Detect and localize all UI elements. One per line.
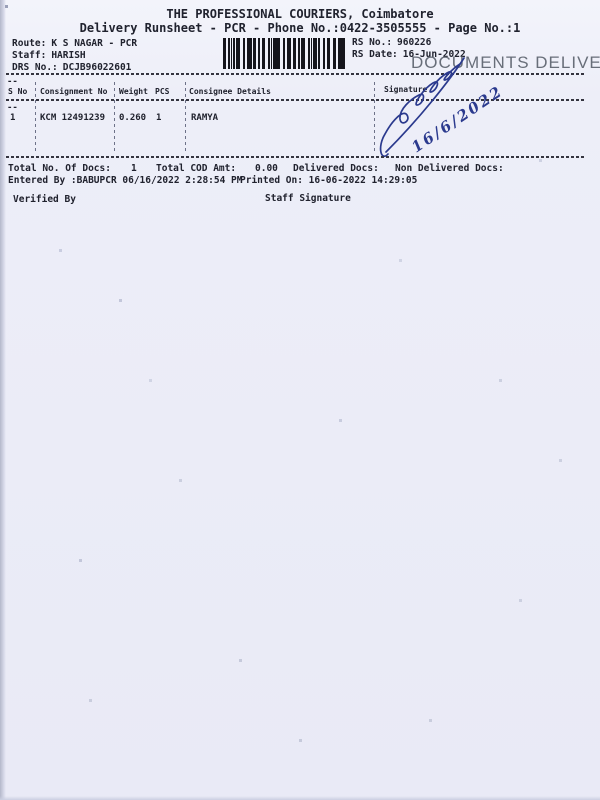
rs-no-line: RS No.: 960226 <box>352 37 466 49</box>
barcode-icon <box>223 38 345 69</box>
non-delivered-docs-label: Non Delivered Docs: <box>395 163 504 174</box>
doc-title: THE PROFESSIONAL COURIERS, Coimbatore <box>0 8 600 22</box>
scan-edge-bottom <box>0 796 600 800</box>
total-cod-label: Total COD Amt: <box>156 163 236 174</box>
col-header-sno: S No <box>8 87 27 96</box>
handwritten-signature: 16/6/2022 <box>378 50 518 168</box>
column-separator <box>35 82 36 154</box>
staff-value: HARISH <box>51 50 85 62</box>
route-value: K S NAGAR - PCR <box>51 38 137 50</box>
scan-speckles <box>0 0 1 1</box>
cell-consignment-no: KCM 12491239 <box>40 113 105 123</box>
staff-signature-label: Staff Signature <box>265 193 351 204</box>
cell-weight: 0.260 <box>119 113 146 123</box>
col-header-pcs: PCS <box>155 87 169 96</box>
column-separator <box>185 82 186 154</box>
col-header-consignment-no: Consignment No <box>40 87 107 96</box>
route-line: Route: K S NAGAR - PCR <box>12 38 137 50</box>
cell-pcs: 1 <box>156 113 161 123</box>
doc-subtitle: Delivery Runsheet - PCR - Phone No.:0422… <box>0 22 600 36</box>
header-info-left: Route: K S NAGAR - PCR Staff: HARISH DRS… <box>12 38 137 74</box>
staff-label: Staff: <box>12 50 46 62</box>
verified-by-label: Verified By <box>13 194 76 205</box>
column-separator <box>114 82 115 154</box>
runsheet-document: THE PROFESSIONAL COURIERS, Coimbatore De… <box>0 0 600 800</box>
column-separator <box>374 82 375 154</box>
entered-by-line: Entered By :BABUPCR 06/16/2022 2:28:54 P… <box>8 175 243 186</box>
scan-edge-left <box>0 0 6 800</box>
cell-s-no: 1 <box>10 113 15 123</box>
rs-no-value: 960226 <box>397 37 431 49</box>
divider-wrap-mark: -- <box>7 78 18 87</box>
delivered-docs-label: Delivered Docs: <box>293 163 379 174</box>
divider-table-bottom <box>6 156 586 158</box>
col-header-consignee-details: Consignee Details <box>189 87 271 96</box>
printed-on-line: Printed On: 16-06-2022 14:29:05 <box>240 175 417 186</box>
staff-line: Staff: HARISH <box>12 50 137 62</box>
route-label: Route: <box>12 38 46 50</box>
total-docs-value: 1 <box>131 163 137 174</box>
col-header-weight: Weight <box>119 87 148 96</box>
total-cod-value: 0.00 <box>255 163 278 174</box>
cell-consignee: RAMYA <box>191 113 218 123</box>
rs-no-label: RS No.: <box>352 37 392 49</box>
total-docs-label: Total No. Of Docs: <box>8 163 111 174</box>
divider-wrap-mark: -- <box>7 104 18 113</box>
